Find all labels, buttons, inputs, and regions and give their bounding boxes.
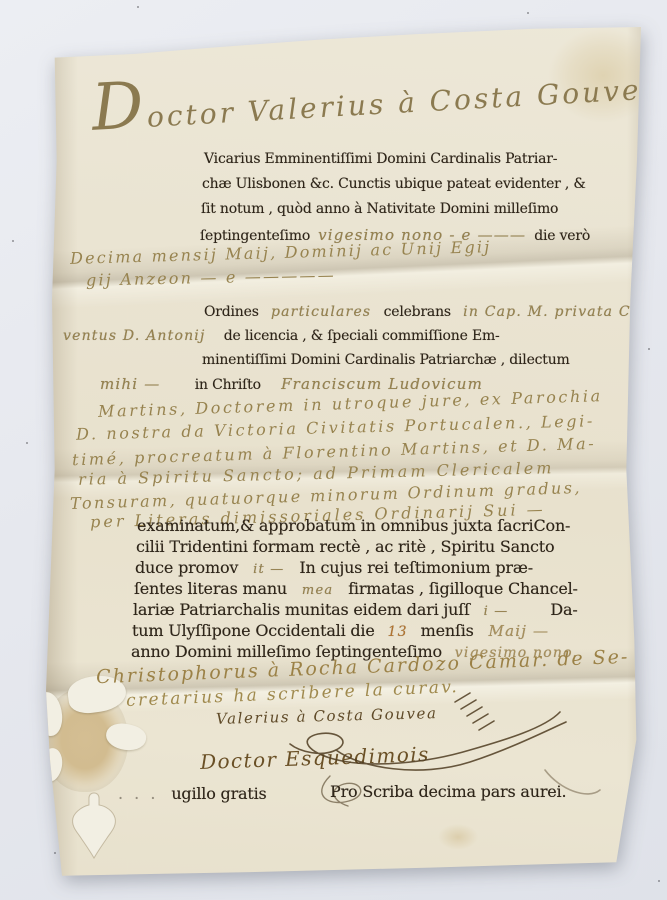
document-paper-wrapper: Doctor Valerius à Costa Gouvea Vicarius … — [0, 0, 667, 900]
photo-background: Doctor Valerius à Costa Gouvea Vicarius … — [0, 0, 667, 900]
document-paper: Doctor Valerius à Costa Gouvea Vicarius … — [0, 0, 667, 900]
damaged-text-dots: . . . — [118, 784, 158, 803]
printed-text: ugillo gratis — [171, 784, 266, 803]
footer-right: Pro Scriba decima pars aurei. — [330, 782, 566, 801]
signature-flourish — [0, 0, 667, 900]
footer-left: . . . ugillo gratis — [118, 784, 267, 803]
